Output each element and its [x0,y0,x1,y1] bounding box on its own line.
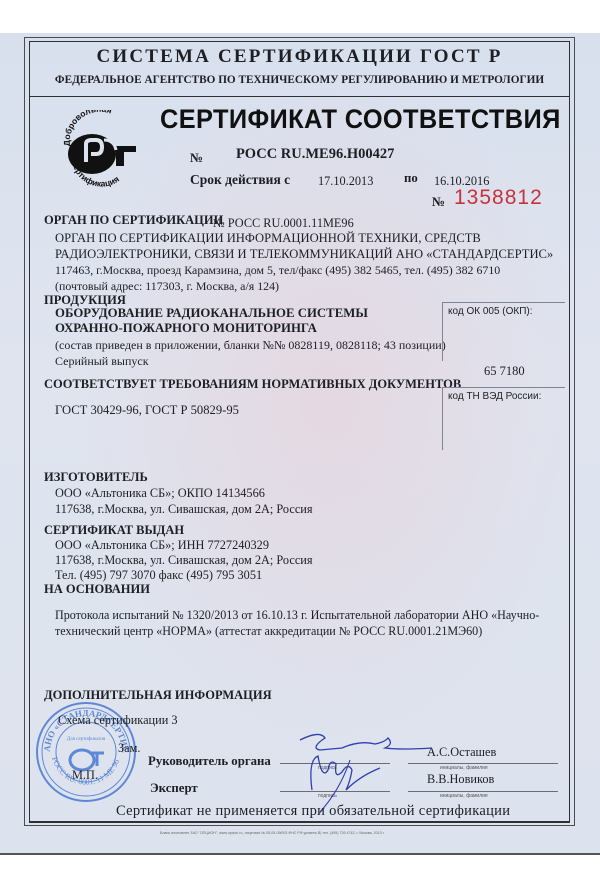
okp-code: 65 7180 [484,364,525,379]
bottom-rule [29,822,570,823]
product-name-line: ОБОРУДОВАНИЕ РАДИОКАНАЛЬНОЕ СИСТЕМЫ [55,306,368,321]
certificate-number: РОСС RU.МЕ96.Н00427 [236,146,394,163]
valid-to-label: по [404,171,418,186]
expert-label: Эксперт [150,781,198,796]
product-name-line: ОХРАННО-ПОЖАРНОГО МОНИТОРИНГА [55,321,317,336]
agency-header: ФЕДЕРАЛЬНОЕ АГЕНТСТВО ПО ТЕХНИЧЕСКОМУ РЕ… [37,73,562,86]
blank-number-label: № [432,194,445,210]
expert-name-caption: инициалы, фамилия [440,793,488,799]
certification-body-heading: ОРГАН ПО СЕРТИФИКАЦИИ [44,213,223,228]
stamp-inner-text: Для сертификатов [67,737,106,742]
certificate-title: СЕРТИФИКАТ СООТВЕТСТВИЯ [160,104,561,135]
product-release: Серийный выпуск [55,354,149,369]
basis-line: Протокола испытаний № 1320/2013 от 16.10… [55,608,539,623]
certification-body-line: ОРГАН ПО СЕРТИФИКАЦИИ ИНФОРМАЦИОННОЙ ТЕХ… [55,231,481,246]
conformity-heading: СООТВЕТСТВУЕТ ТРЕБОВАНИЯМ НОРМАТИВНЫХ ДО… [44,377,461,392]
certification-body-reg-number: № РОСС RU.0001.11МЕ96 [213,216,354,231]
tnved-code-label: код ТН ВЭД России: [448,391,541,402]
issued-to-heading: СЕРТИФИКАТ ВЫДАН [44,523,184,538]
issued-to-address: 117638, г.Москва, ул. Сивашская, дом 2А;… [55,553,313,568]
issued-to-line: ООО «Альтоника СБ»; ИНН 7727240329 [55,538,269,553]
validity-label: Срок действия с [190,172,290,188]
deputy-label: Зам. [118,741,140,756]
number-label: № [190,150,203,166]
rst-voluntary-certification-icon: Добровольная сертификация [58,110,142,188]
manufacturer-address: 117638, г.Москва, ул. Сивашская, дом 2А;… [55,502,313,517]
certification-scheme: Схема сертификации 3 [58,713,178,728]
printer-imprint: Бланк изготовлен ЗАО "ОПЦИОН", www.opcio… [160,831,384,835]
system-header: СИСТЕМА СЕРТИФИКАЦИИ ГОСТ Р [29,46,570,68]
valid-from: 17.10.2013 [318,174,373,189]
basis-line: технический центр «НОРМА» (аттестат аккр… [55,624,482,639]
header-divider [29,96,570,97]
okp-code-label: код ОК 005 (ОКП): [448,306,533,317]
blank-number: 1358812 [454,186,543,210]
basis-heading: НА ОСНОВАНИИ [44,582,150,597]
certification-body-line: РАДИОЭЛЕКТРОНИКИ, СВЯЗИ И ТЕЛЕКОММУНИКАЦ… [55,247,553,262]
manufacturer-line: ООО «Альтоника СБ»; ОКПО 14134566 [55,486,265,501]
head-of-body-label: Руководитель органа [148,754,271,769]
head-name-caption: инициалы, фамилия [440,765,488,771]
conformity-standards: ГОСТ 30429-96, ГОСТ Р 50829-95 [55,403,239,418]
product-composition: (состав приведен в приложении, бланки №№… [55,338,446,353]
manufacturer-heading: ИЗГОТОВИТЕЛЬ [44,470,148,485]
certification-body-postal: (почтовый адрес: 117303, г. Москва, а/я … [55,279,279,294]
seal-label: М.П. [72,768,98,783]
rst-logo: Добровольная сертификация [58,110,142,188]
issued-to-phone: Тел. (495) 797 3070 факс (495) 795 3051 [55,568,262,583]
voluntary-notice: Сертификат не применяется при обязательн… [116,803,510,820]
certification-body-address: 117463, г.Москва, проезд Карамзина, дом … [55,263,500,278]
